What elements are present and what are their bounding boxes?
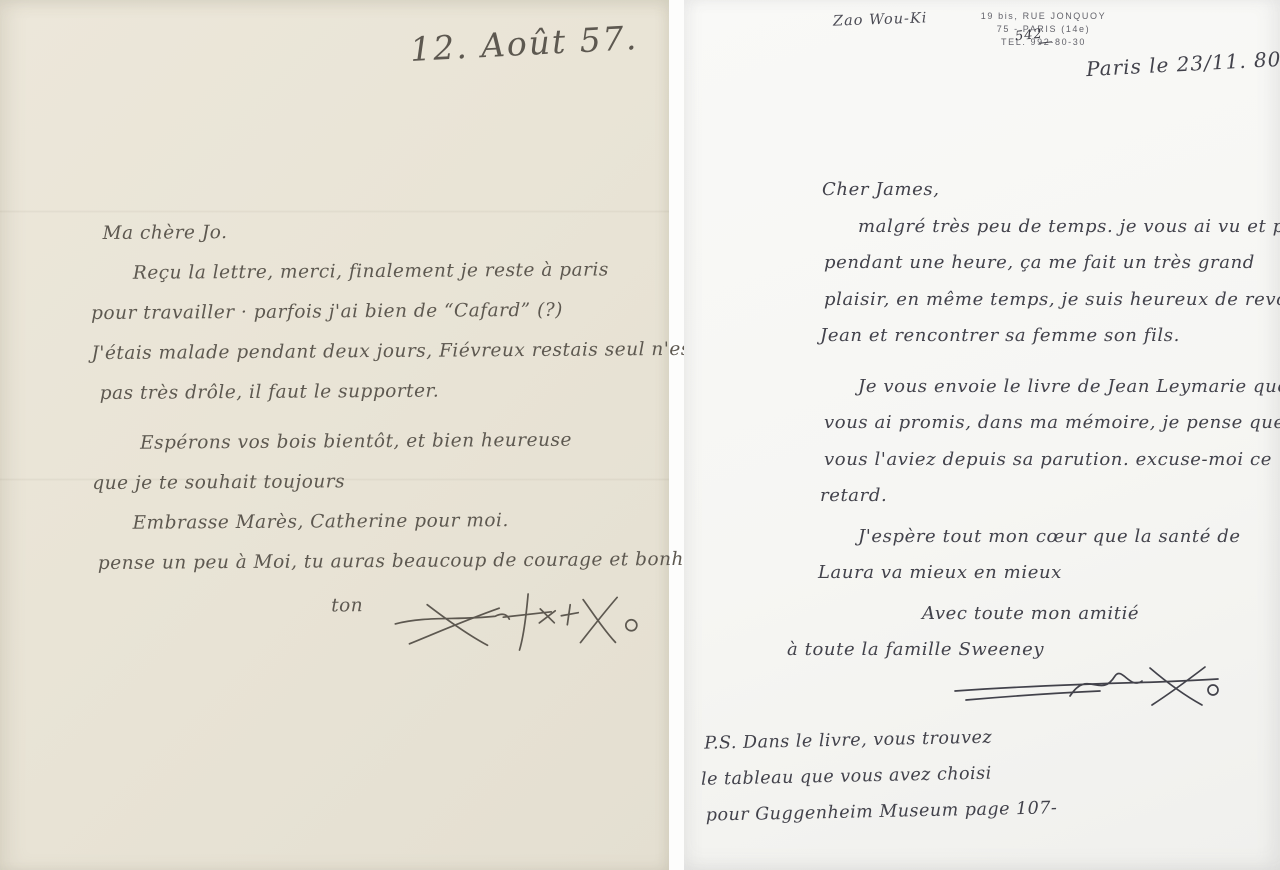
handwritten-line: Ma chère Jo. <box>102 210 675 254</box>
handwritten-line: Espérons vos bois bientôt, et bien heure… <box>140 420 677 464</box>
closing-word: ton <box>331 586 363 626</box>
two-letters-photo: 12. Août 57. Ma chère Jo. Reçu la lettre… <box>0 0 1280 870</box>
handwritten-line: Jean et rencontrer sa femme son fils. <box>820 318 1262 355</box>
handwritten-line: J'étais malade pendant deux jours, Fiévr… <box>91 330 676 374</box>
letterhead-phone: TEL. 992-80-30 <box>951 36 1136 49</box>
handwritten-line: retard. <box>820 478 1262 515</box>
letter-left-body: Ma chère Jo. Reçu la lettre, merci, fina… <box>90 210 678 660</box>
handwritten-line: vous l'aviez depuis sa parution. excuse-… <box>824 442 1262 479</box>
handwritten-line: que je te souhait toujours <box>92 460 677 504</box>
handwritten-number: 542 <box>1014 27 1043 45</box>
handwritten-line: pense un peu à Moi, tu auras beaucoup de… <box>98 540 678 584</box>
handwritten-line: plaisir, en même temps, je suis heureux … <box>824 282 1262 319</box>
handwritten-line: vous ai promis, dans ma mémoire, je pens… <box>824 405 1262 442</box>
letter-right-postscript: P.S. Dans le livre, vous trouvez le tabl… <box>702 718 1058 833</box>
letterhead-city: 75 - PARIS (14e) <box>951 23 1136 36</box>
handwritten-line: J'espère tout mon cœur que la santé de <box>858 519 1262 556</box>
handwritten-line: pas très drôle, il faut le supporter. <box>100 370 677 414</box>
letterhead-name: Zao Wou-Ki <box>833 10 928 29</box>
letterhead-address: 19 bis, RUE JONQUOY <box>951 10 1136 23</box>
letter-right-body: Cher James, malgré très peu de temps. je… <box>752 172 1262 669</box>
letter-left-signature-row: ton <box>331 584 678 658</box>
handwritten-line: Reçu la lettre, merci, finalement je res… <box>133 250 676 294</box>
handwritten-line: Cher James, <box>822 172 1262 209</box>
handwritten-line: Laura va mieux en mieux <box>818 555 1262 592</box>
handwritten-line: pendant une heure, ça me fait un très gr… <box>824 245 1262 282</box>
handwritten-line: Embrasse Marès, Catherine pour moi. <box>132 500 677 544</box>
handwritten-line: Je vous envoie le livre de Jean Leymarie… <box>858 369 1262 406</box>
handwritten-line: pour travailler · parfois j'ai bien de “… <box>91 290 676 334</box>
handwritten-line: malgré très peu de temps. je vous ai vu … <box>858 209 1262 246</box>
closing-line: Avec toute mon amitié <box>922 596 1262 633</box>
zao-wou-ki-signature-right <box>952 660 1222 716</box>
postscript-line: pour Guggenheim Museum page 107- <box>705 790 1057 833</box>
zao-wou-ki-signature-left <box>391 586 641 658</box>
